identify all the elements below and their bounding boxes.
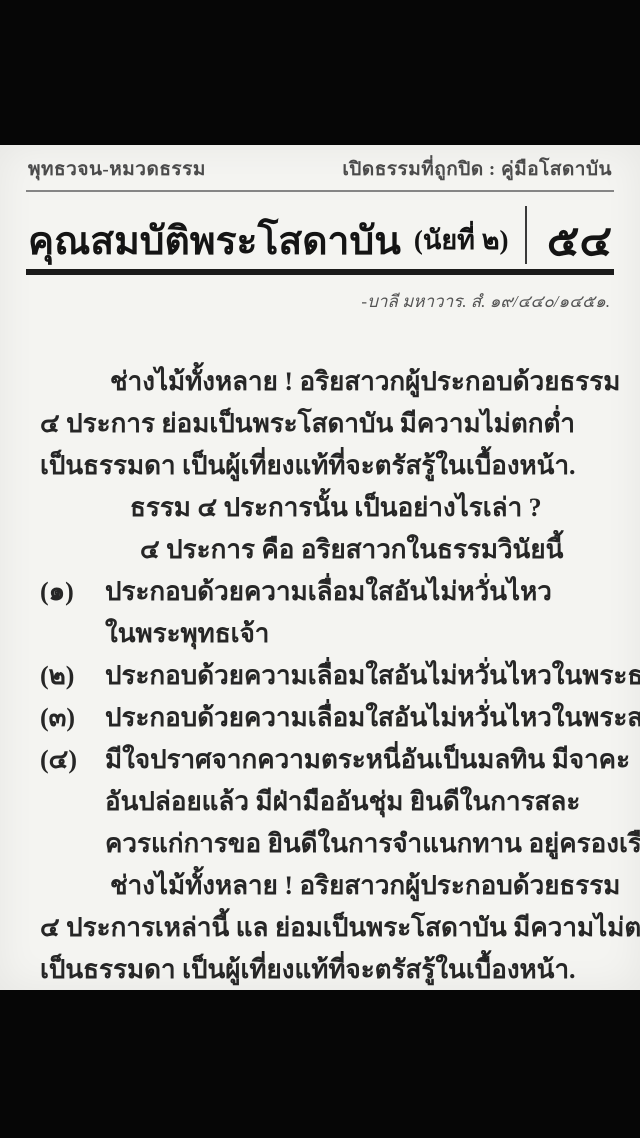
list-item-marker: (๑) — [40, 571, 105, 613]
list-item-2: (๒) ประกอบด้วยความเลื่อมใสอันไม่หวั่นไหว… — [40, 655, 624, 697]
body-line-question: ธรรม ๔ ประการนั้น เป็นอย่างไรเล่า ? — [40, 487, 624, 529]
list-item-marker: (๒) — [40, 655, 105, 697]
page-number: ๕๔ — [527, 219, 614, 264]
body-line: ๔ ประการ ย่อมเป็นพระโสดาบัน มีความไม่ตกต… — [40, 403, 624, 445]
header-series-title: พุทธวจน-หมวดธรรม — [28, 154, 206, 184]
list-item-text: ประกอบด้วยความเลื่อมใสอันไม่หวั่นไหวในพร… — [105, 655, 640, 697]
pali-citation: -บาลี มหาวาร. สํ. ๑๙/๔๔๐/๑๔๕๑. — [0, 275, 640, 315]
list-item-marker: (๓) — [40, 697, 105, 739]
body-line: ๔ ประการเหล่านี้ แล ย่อมเป็นพระโสดาบัน ม… — [40, 907, 624, 949]
video-frame: พุทธวจน-หมวดธรรม เปิดธรรมที่ถูกปิด : คู่… — [0, 0, 640, 1138]
page-title: คุณสมบัติพระโสดาบัน — [28, 221, 401, 264]
list-item-text: ประกอบด้วยความเลื่อมใสอันไม่หวั่นไหวในพร… — [105, 697, 640, 739]
body-line: ช่างไม้ทั้งหลาย ! อริยสาวกผู้ประกอบด้วยธ… — [40, 865, 624, 907]
list-item-text: ประกอบด้วยความเลื่อมใสอันไม่หวั่นไหว — [105, 571, 552, 613]
list-item-text: มีใจปราศจากความตระหนี่อันเป็นมลทิน มีจาค… — [105, 739, 630, 781]
list-item-4-continued: ควรแก่การขอ ยินดีในการจำแนกทาน อยู่ครองเ… — [40, 823, 624, 865]
list-item-marker: (๔) — [40, 739, 105, 781]
body-line: ๔ ประการ คือ อริยสาวกในธรรมวินัยนี้ — [40, 529, 624, 571]
list-item-3: (๓) ประกอบด้วยความเลื่อมใสอันไม่หวั่นไหว… — [40, 697, 624, 739]
list-item-1: (๑) ประกอบด้วยความเลื่อมใสอันไม่หวั่นไหว — [40, 571, 624, 613]
book-page: พุทธวจน-หมวดธรรม เปิดธรรมที่ถูกปิด : คู่… — [0, 145, 640, 990]
page-header: พุทธวจน-หมวดธรรม เปิดธรรมที่ถูกปิด : คู่… — [0, 145, 640, 184]
header-book-title: เปิดธรรมที่ถูกปิด : คู่มือโสดาบัน — [342, 154, 612, 184]
sutta-body: ช่างไม้ทั้งหลาย ! อริยสาวกผู้ประกอบด้วยธ… — [0, 361, 640, 990]
list-item-1-continued: ในพระพุทธเจ้า — [40, 613, 624, 655]
list-item-4-continued: อันปล่อยแล้ว มีฝ่ามืออันชุ่ม ยินดีในการส… — [40, 781, 624, 823]
list-item-4: (๔) มีใจปราศจากความตระหนี่อันเป็นมลทิน ม… — [40, 739, 624, 781]
body-line: เป็นธรรมดา เป็นผู้เที่ยงแท้ที่จะตรัสรู้ใ… — [40, 949, 624, 990]
body-line: เป็นธรรมดา เป็นผู้เที่ยงแท้ที่จะตรัสรู้ใ… — [40, 445, 624, 487]
page-title-variant: (นัยที่ ๒) — [414, 218, 509, 264]
body-line: ช่างไม้ทั้งหลาย ! อริยสาวกผู้ประกอบด้วยธ… — [40, 361, 624, 403]
title-row: คุณสมบัติพระโสดาบัน (นัยที่ ๒) ๕๔ — [0, 192, 640, 264]
